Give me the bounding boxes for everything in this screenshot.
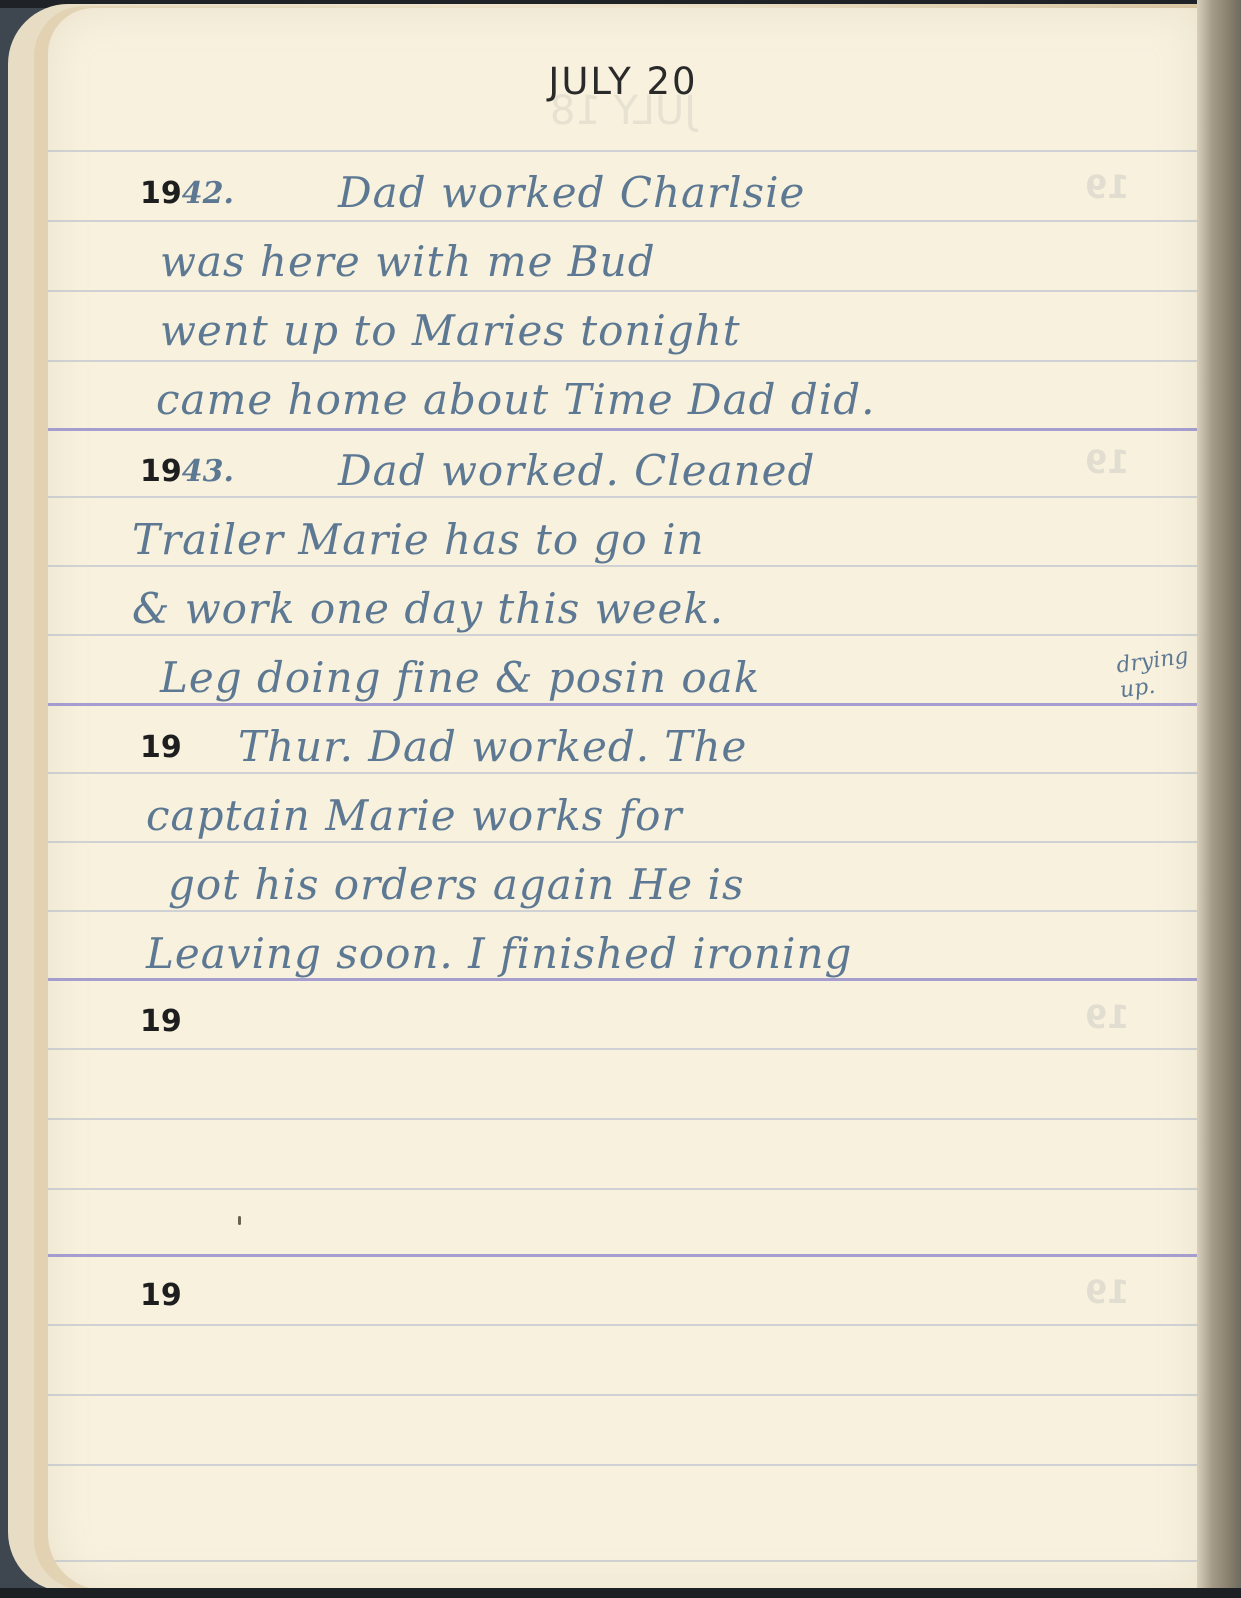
entry-year-blank-3: 19 — [140, 1278, 182, 1313]
rule-line — [48, 1188, 1198, 1190]
year-prefix: 19 — [140, 1278, 182, 1313]
book-binding-shadow — [1197, 0, 1241, 1598]
rule-line — [48, 1560, 1198, 1562]
rule-line — [48, 1394, 1198, 1396]
handwritten-line: got his orders again He is — [88, 850, 1178, 919]
background-bottom — [0, 1588, 1241, 1598]
ink-speck — [238, 1216, 241, 1225]
handwritten-line: Trailer Marie has to go in — [88, 505, 1178, 574]
section-divider — [48, 1254, 1198, 1257]
rule-line — [48, 1324, 1198, 1326]
handwritten-line: went up to Maries tonight — [88, 296, 1178, 365]
handwritten-line: Thur. Dad worked. The — [88, 712, 1178, 781]
handwritten-line: & work one day this week. — [88, 574, 1178, 643]
handwritten-line: was here with me Bud — [88, 227, 1178, 296]
page-title: JULY 20 — [48, 60, 1198, 103]
handwritten-line: Dad worked Charlsie — [88, 158, 1178, 227]
diary-page: JULY 18 JULY 20 19 19 19 19 1942. Dad wo… — [48, 8, 1198, 1590]
entry-thursday-text: Thur. Dad worked. The captain Marie work… — [88, 712, 1178, 988]
year-prefix: 19 — [140, 1004, 182, 1039]
handwritten-line: captain Marie works for — [88, 781, 1178, 850]
entry-year-blank-2: 19 — [140, 1004, 182, 1039]
margin-note: drying up. — [1115, 643, 1198, 704]
handwritten-line: Leg doing fine & posin oak — [88, 643, 1178, 712]
handwritten-line: Dad worked. Cleaned — [88, 436, 1178, 505]
rule-line — [48, 1048, 1198, 1050]
handwritten-line: came home about Time Dad did. — [88, 365, 1178, 434]
bleedthrough-year: 19 — [1085, 1273, 1130, 1311]
entry-1943-text: Dad worked. Cleaned Trailer Marie has to… — [88, 436, 1178, 712]
entry-1942-text: Dad worked Charlsie was here with me Bud… — [88, 158, 1178, 434]
rule-line — [48, 1118, 1198, 1120]
rule-line — [48, 150, 1198, 152]
bleedthrough-year: 19 — [1085, 998, 1130, 1036]
handwritten-line: Leaving soon. I finished ironing — [88, 919, 1178, 988]
rule-line — [48, 1464, 1198, 1466]
